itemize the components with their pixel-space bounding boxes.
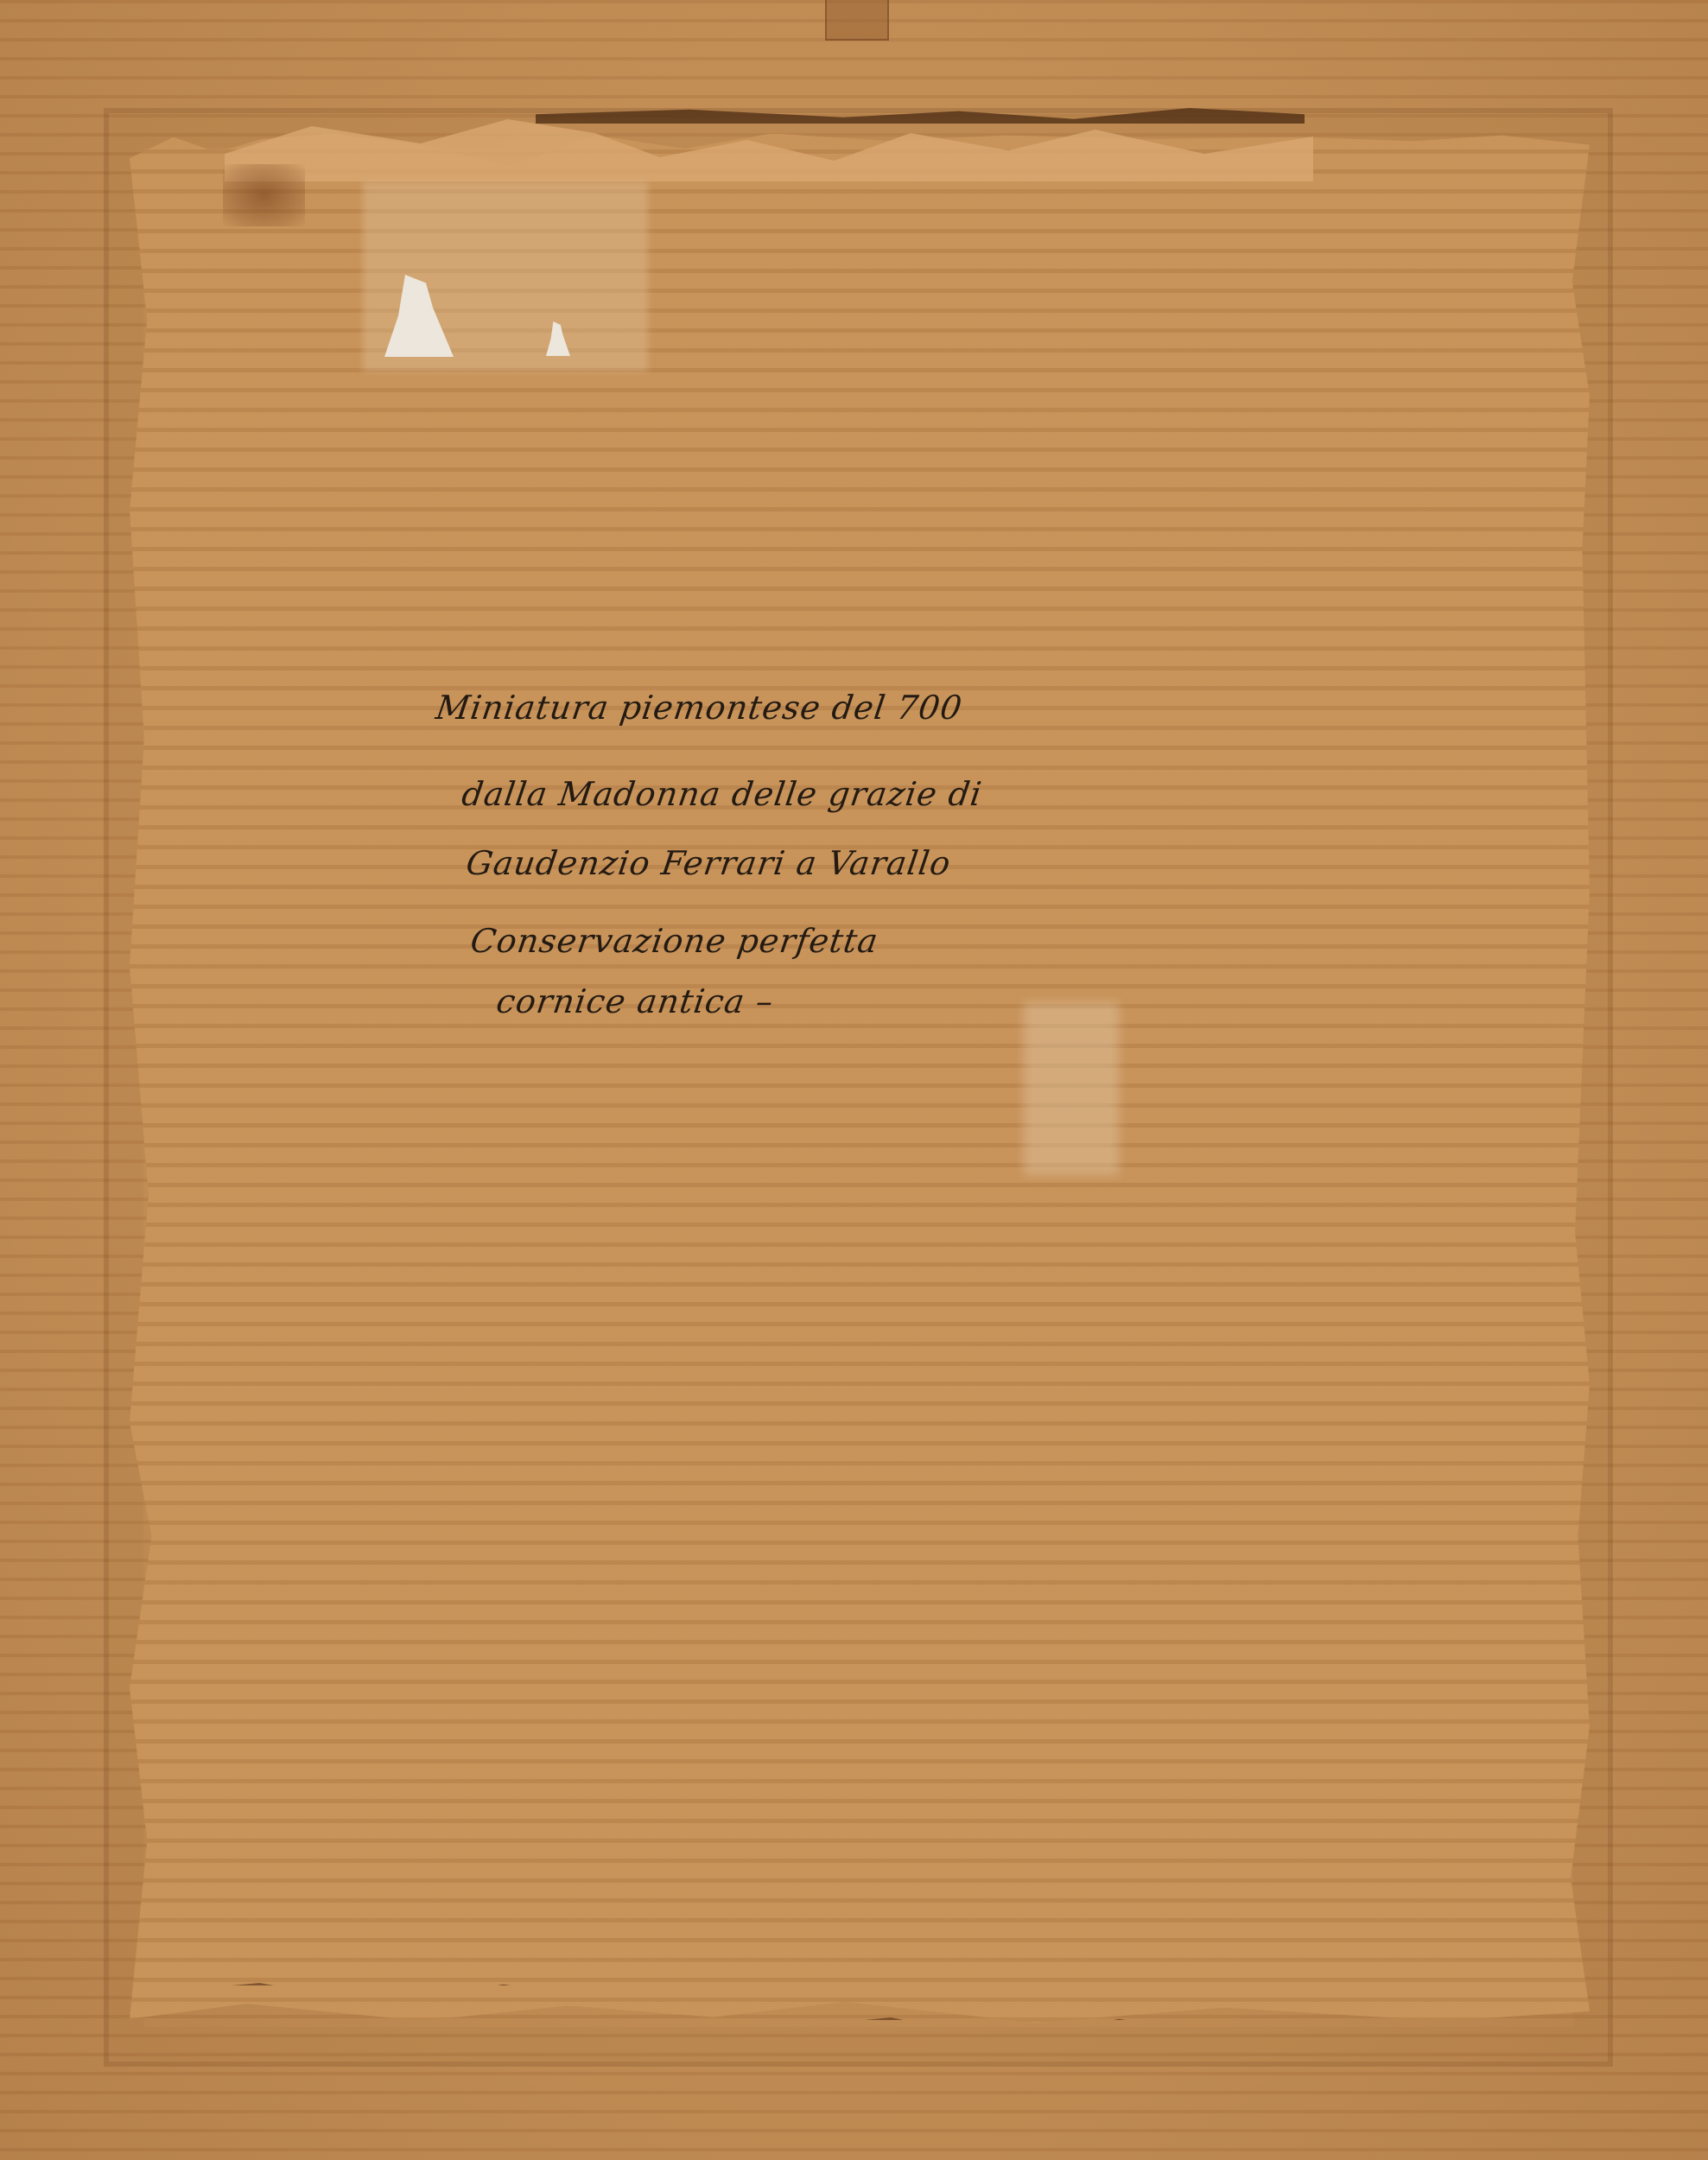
- top-hanger-clip: [825, 0, 889, 41]
- inscription-line: Gaudenzio Ferrari a Varallo: [464, 847, 953, 880]
- dark-stain: [223, 164, 305, 226]
- inscription-line: Miniatura piemontese del 700: [434, 691, 964, 724]
- inscription-line: Conservazione perfetta: [468, 924, 880, 957]
- faded-tape-mark: [1024, 1002, 1119, 1175]
- inscription-line: dalla Madonna delle grazie di: [460, 778, 984, 810]
- inscription-line: cornice antica –: [494, 985, 776, 1018]
- inner-paper-panel: [130, 130, 1590, 2030]
